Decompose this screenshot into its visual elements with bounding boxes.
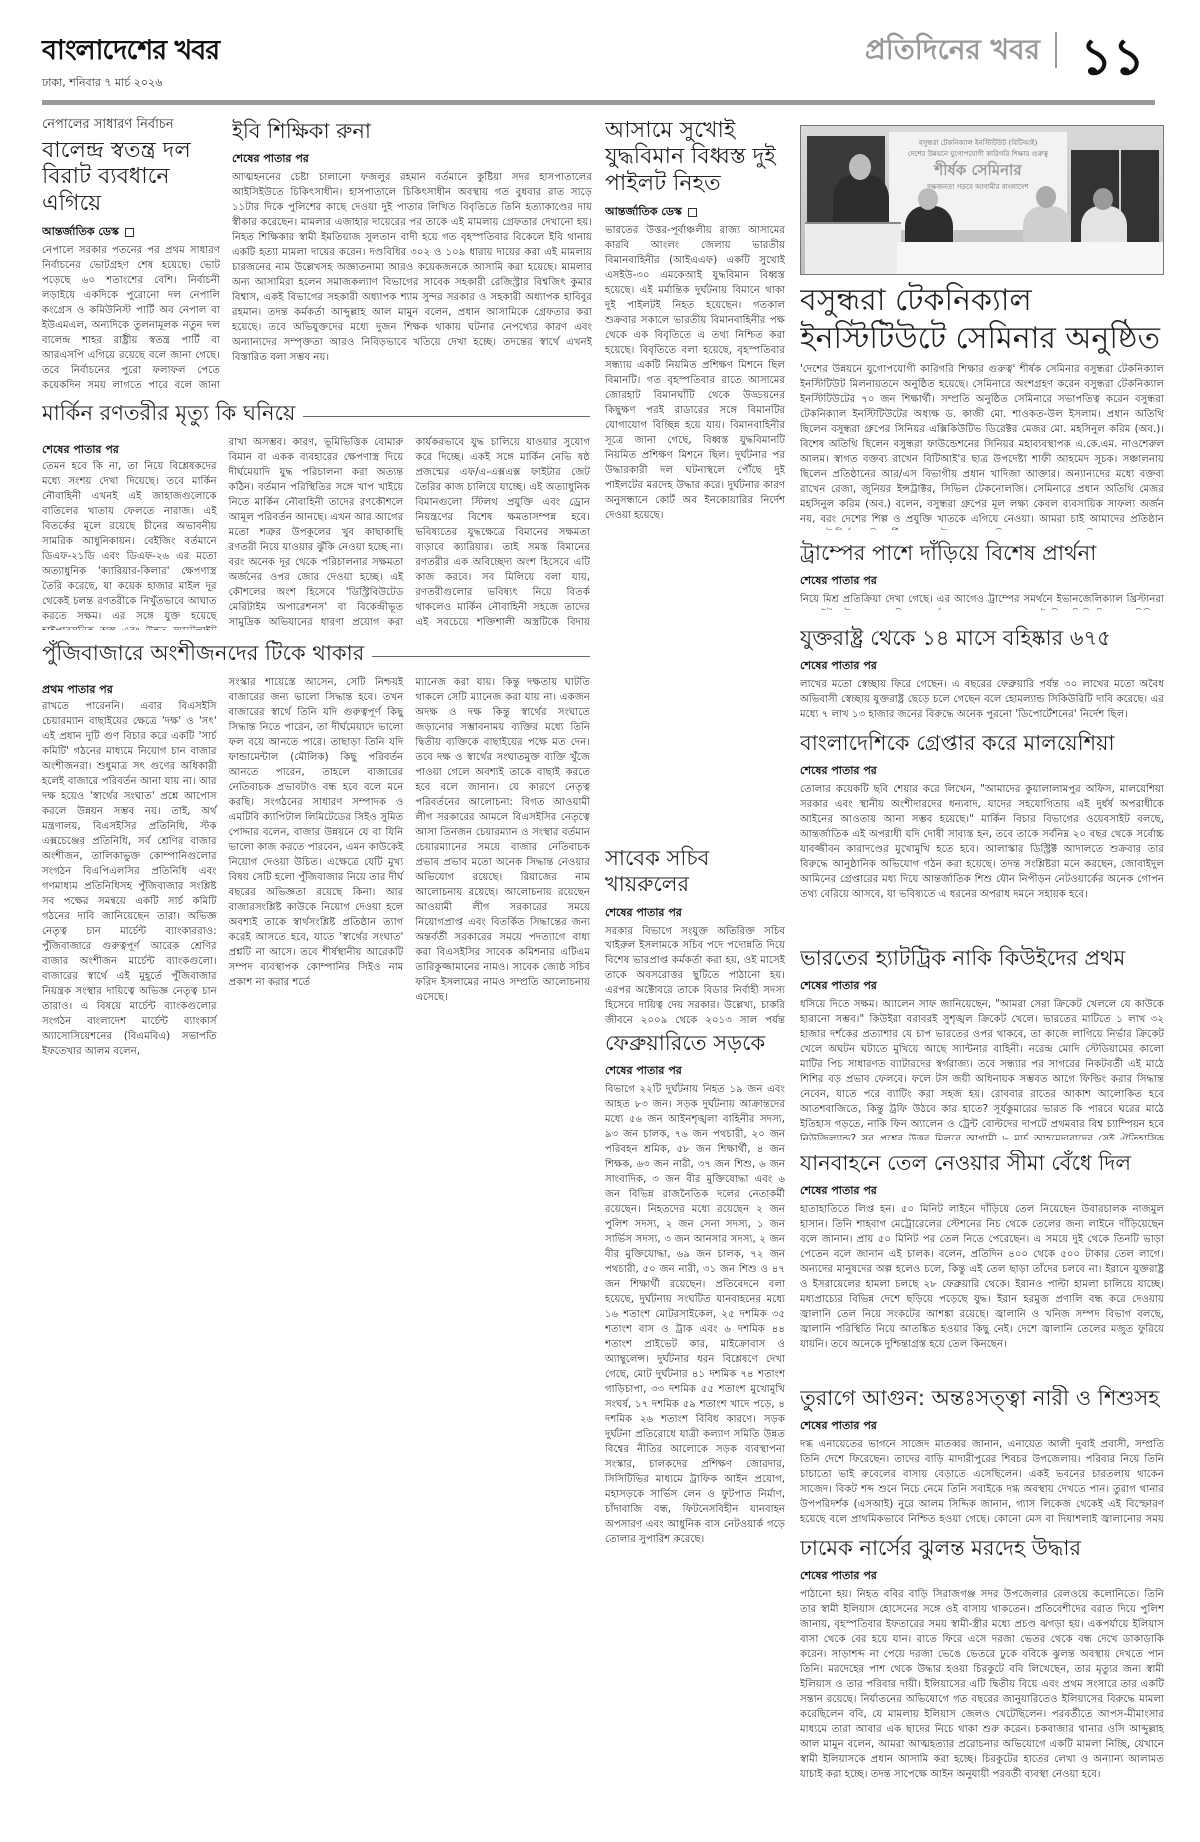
continued-label: শেষের পাতার পর <box>800 572 1164 591</box>
continued-label: শেষের পাতার পর <box>605 1062 785 1081</box>
article-cricket-final: ভারতের হ্যাটট্রিক নাকি কিউইদের প্রথম শেষ… <box>800 945 1164 1140</box>
continued-label: শেষের পাতার পর <box>800 1567 1164 1586</box>
article-headline[interactable]: মার্কিন রণতরীর মৃত্যু কি ঘনিয়ে <box>42 400 295 426</box>
header-rule <box>42 100 1155 105</box>
article-body: দগ্ধ এনায়েতের ভাগনে সাজেদ মাতব্বর জানান… <box>800 1438 1164 1525</box>
headline-rule <box>303 416 590 417</box>
article-dmch-nurse: ঢামেক নার্সের ঝুলন্ত মরদেহ উদ্ধার শেষের … <box>800 1535 1164 1815</box>
article-headline[interactable]: যুক্তরাষ্ট্র থেকে ১৪ মাসে বহিষ্কার ৬৭৫ <box>800 625 1164 651</box>
article-body: নিয়ে মিশ্র প্রতিক্রিয়া দেখা গেছে। এর আ… <box>800 593 1164 610</box>
section-name: প্রতিদিনের খবর <box>865 28 1040 75</box>
banner-sub: দক্ষজনতা গড়বে আগামীর বাংলাদেশ <box>927 183 1028 191</box>
article-body: পাঠানো হয়। নিহত ববির বাড়ি সিরাজগঞ্জ সদ… <box>800 1588 1164 1783</box>
article-headline[interactable]: পুঁজিবাজারে অংশীজনদের টিকে থাকার <box>42 640 364 666</box>
article-ebi-teacher: ইবি শিক্ষিকা রুনা শেষের পাতার পর আত্মহনন… <box>232 118 592 390</box>
article-bti-seminar: বসুন্ধরা টেকনিক্যাল ইনস্টিটিউটে সেমিনার … <box>800 282 1164 530</box>
guest-head-2 <box>1036 186 1056 208</box>
speaker-head <box>849 154 871 180</box>
article-headline[interactable]: ঢামেক নার্সের ঝুলন্ত মরদেহ উদ্ধার <box>800 1535 1164 1561</box>
article-body: নেপালে সরকার পতনের পর প্রথম সাধারণ নির্ব… <box>42 244 220 390</box>
continued-label: শেষের পাতার পর <box>800 977 1164 996</box>
article-former-secretary: সাবেক সচিব খায়রুলের শেষের পাতার পর সরকা… <box>605 845 785 1025</box>
headline-row: পুঁজিবাজারে অংশীজনদের টিকে থাকার <box>42 640 590 666</box>
byline: আন্তর্জাতিক ডেস্ক <box>42 223 220 242</box>
article-headline[interactable]: যানবাহনে তেল নেওয়ার সীমা বেঁধে দিল <box>800 1150 1164 1176</box>
continued-label: শেষের পাতার পর <box>800 1182 1164 1201</box>
newspaper-logo[interactable]: বাংলাদেশের খবর <box>42 30 219 75</box>
continued-label: শেষের পাতার পর <box>800 657 1164 676</box>
article-col-3: ম্যানেজ করা যায়। কিন্তু দক্ষতায় ঘাটতি … <box>415 676 590 1060</box>
podium <box>805 222 901 275</box>
square-icon <box>125 228 134 237</box>
article-col-2: রাখা অসম্ভব। কারণ, ভূমিভিত্তিক বোমারু বি… <box>229 436 404 630</box>
banner-title: বসুন্ধরা টেকনিক্যাল ইনস্টিটিউট (বিটিআই) <box>919 139 1038 147</box>
article-fuel-limit: যানবাহনে তেল নেওয়ার সীমা বেঁধে দিল শেষে… <box>800 1150 1164 1375</box>
masthead: বাংলাদেশের খবর ঢাকা, শনিবার ৭ মার্চ ২০২৬… <box>0 0 1200 110</box>
byline: আন্তর্জাতিক ডেস্ক <box>605 203 785 222</box>
article-headline[interactable]: ট্রাম্পের পাশে দাঁড়িয়ে বিশেষ প্রার্থনা <box>800 540 1164 566</box>
article-body: 'দেশের উন্নয়নে যুগোপযোগী কারিগরি শিক্ষা… <box>800 363 1164 530</box>
continued-label: শেষের পাতার পর <box>800 762 1164 781</box>
banner-topic: দেশের উন্নয়নে যুগোপযোগী কারিগরি শিক্ষার… <box>908 150 1048 158</box>
article-assam-crash: আসামে সুখোই যুদ্ধবিমান বিধ্বস্ত দুই পাইল… <box>605 118 785 830</box>
article-body: হাতাহাতিতে লিপ্ত হন। ৫০ মিনিট লাইনে দাঁড… <box>800 1203 1164 1353</box>
article-headline[interactable]: সাবেক সচিব খায়রুলের <box>605 845 785 898</box>
article-columns: প্রথম পাতার পর রাখতে পারেননি। এবার বিএসই… <box>42 676 590 1060</box>
article-road-accidents: ফেব্রুয়ারিতে সড়কে শেষের পাতার পর বিভাগ… <box>605 1030 785 1810</box>
article-headline[interactable]: আসামে সুখোই যুদ্ধবিমান বিধ্বস্ত দুই পাইল… <box>605 118 785 197</box>
photo-table <box>897 242 1164 275</box>
article-headline[interactable]: ভারতের হ্যাটট্রিক নাকি কিউইদের প্রথম <box>800 945 1164 971</box>
article-headline[interactable]: বসুন্ধরা টেকনিক্যাল ইনস্টিটিউটে সেমিনার … <box>800 282 1164 357</box>
square-icon <box>688 208 697 217</box>
article-us-deportation: যুক্তরাষ্ট্র থেকে ১৪ মাসে বহিষ্কার ৬৭৫ শ… <box>800 625 1164 720</box>
article-capital-market: পুঁজিবাজারে অংশীজনদের টিকে থাকার প্রথম প… <box>42 640 590 1805</box>
seminar-photo[interactable]: বসুন্ধরা টেকনিক্যাল ইনস্টিটিউট (বিটিআই) … <box>800 125 1164 275</box>
byline-text: আন্তর্জাতিক ডেস্ক <box>605 203 682 222</box>
article-malaysia-arrest: বাংলাদেশিকে গ্রেপ্তার করে মালয়েশিয়া শে… <box>800 730 1164 910</box>
continued-label: শেষের পাতার পর <box>232 150 592 169</box>
article-headline[interactable]: ইবি শিক্ষিকা রুনা <box>232 118 592 144</box>
section-divider <box>1055 32 1057 68</box>
col-text: রাখতে পারেননি। এবার বিএসইসি চেয়ারম্যান … <box>42 700 217 1060</box>
article-headline[interactable]: তুরাগে আগুন: অন্তঃসত্ত্বা নারী ও শিশুসহ <box>800 1385 1164 1411</box>
article-body: ভারতের উত্তর-পূর্বাঞ্চলীয় রাজ্য আসামের … <box>605 224 785 524</box>
article-nepal: নেপালের সাধারণ নির্বাচন বালেন্দ্র স্বতন্… <box>42 115 220 390</box>
guest-head-3 <box>1093 188 1113 210</box>
article-kicker: নেপালের সাধারণ নির্বাচন <box>42 115 220 136</box>
guest-head-1 <box>918 188 938 210</box>
page-number: ১১ <box>1080 20 1145 103</box>
headline-rule <box>372 656 590 657</box>
article-col-3: কার্যকরভাবে যুদ্ধ চালিয়ে যাওয়ার সুযোগ … <box>415 436 590 630</box>
dateline: ঢাকা, শনিবার ৭ মার্চ ২০২৬ <box>42 74 162 93</box>
byline-text: আন্তর্জাতিক ডেস্ক <box>42 223 119 242</box>
article-col-2: সংস্কার শায়েস্তে আসেন, সেটি নিশ্চয়ই বা… <box>229 676 404 1060</box>
continued-label: শেষের পাতার পর <box>800 1417 1164 1436</box>
headline-row: মার্কিন রণতরীর মৃত্যু কি ঘনিয়ে <box>42 400 590 426</box>
col-text: তেমন হবে কি না, তা নিয়ে বিশ্লেষকদের মধ্… <box>42 460 217 630</box>
continued-label: শেষের পাতার পর <box>605 904 785 923</box>
article-columns: শেষের পাতার পর তেমন হবে কি না, তা নিয়ে … <box>42 436 590 630</box>
continued-label: প্রথম পাতার পর <box>42 682 217 698</box>
banner-label: শীর্ষক সেমিনার <box>889 159 1067 182</box>
article-trump-prayer: ট্রাম্পের পাশে দাঁড়িয়ে বিশেষ প্রার্থনা… <box>800 540 1164 610</box>
article-col-1: শেষের পাতার পর তেমন হবে কি না, তা নিয়ে … <box>42 436 217 630</box>
article-headline[interactable]: বালেন্দ্র স্বতন্ত্র দল বিরাট ব্যবধানে এগ… <box>42 138 220 217</box>
article-col-1: প্রথম পাতার পর রাখতে পারেননি। এবার বিএসই… <box>42 676 217 1060</box>
article-us-carrier: মার্কিন রণতরীর মৃত্যু কি ঘনিয়ে শেষের পা… <box>42 400 590 630</box>
continued-label: শেষের পাতার পর <box>42 442 217 458</box>
article-headline[interactable]: বাংলাদেশিকে গ্রেপ্তার করে মালয়েশিয়া <box>800 730 1164 756</box>
article-body: আত্মহননের চেষ্টা চালানো ফজলুর রহমান বর্ত… <box>232 171 592 366</box>
article-body: তোলার কয়েকটি ছবি শেয়ার করে লিখেন, "আমা… <box>800 783 1164 903</box>
article-body: লাখের মতো স্বেচ্ছায় ফিরে গেছেন। এ বছরের… <box>800 678 1164 720</box>
article-turag-fire: তুরাগে আগুন: অন্তঃসত্ত্বা নারী ও শিশুসহ … <box>800 1385 1164 1525</box>
article-body: সরকার বিভাগে সংযুক্ত অতিরিক্ত সচিব খাইরু… <box>605 925 785 1026</box>
article-headline[interactable]: ফেব্রুয়ারিতে সড়কে <box>605 1030 785 1056</box>
article-body: ধসিয়ে দিতে সক্ষম। অ্যালেন সাফ জানিয়েছে… <box>800 998 1164 1140</box>
article-body: বিভাগে ২২টি দুর্ঘটনায় নিহত ১৯ জন এবং আহ… <box>605 1083 785 1548</box>
